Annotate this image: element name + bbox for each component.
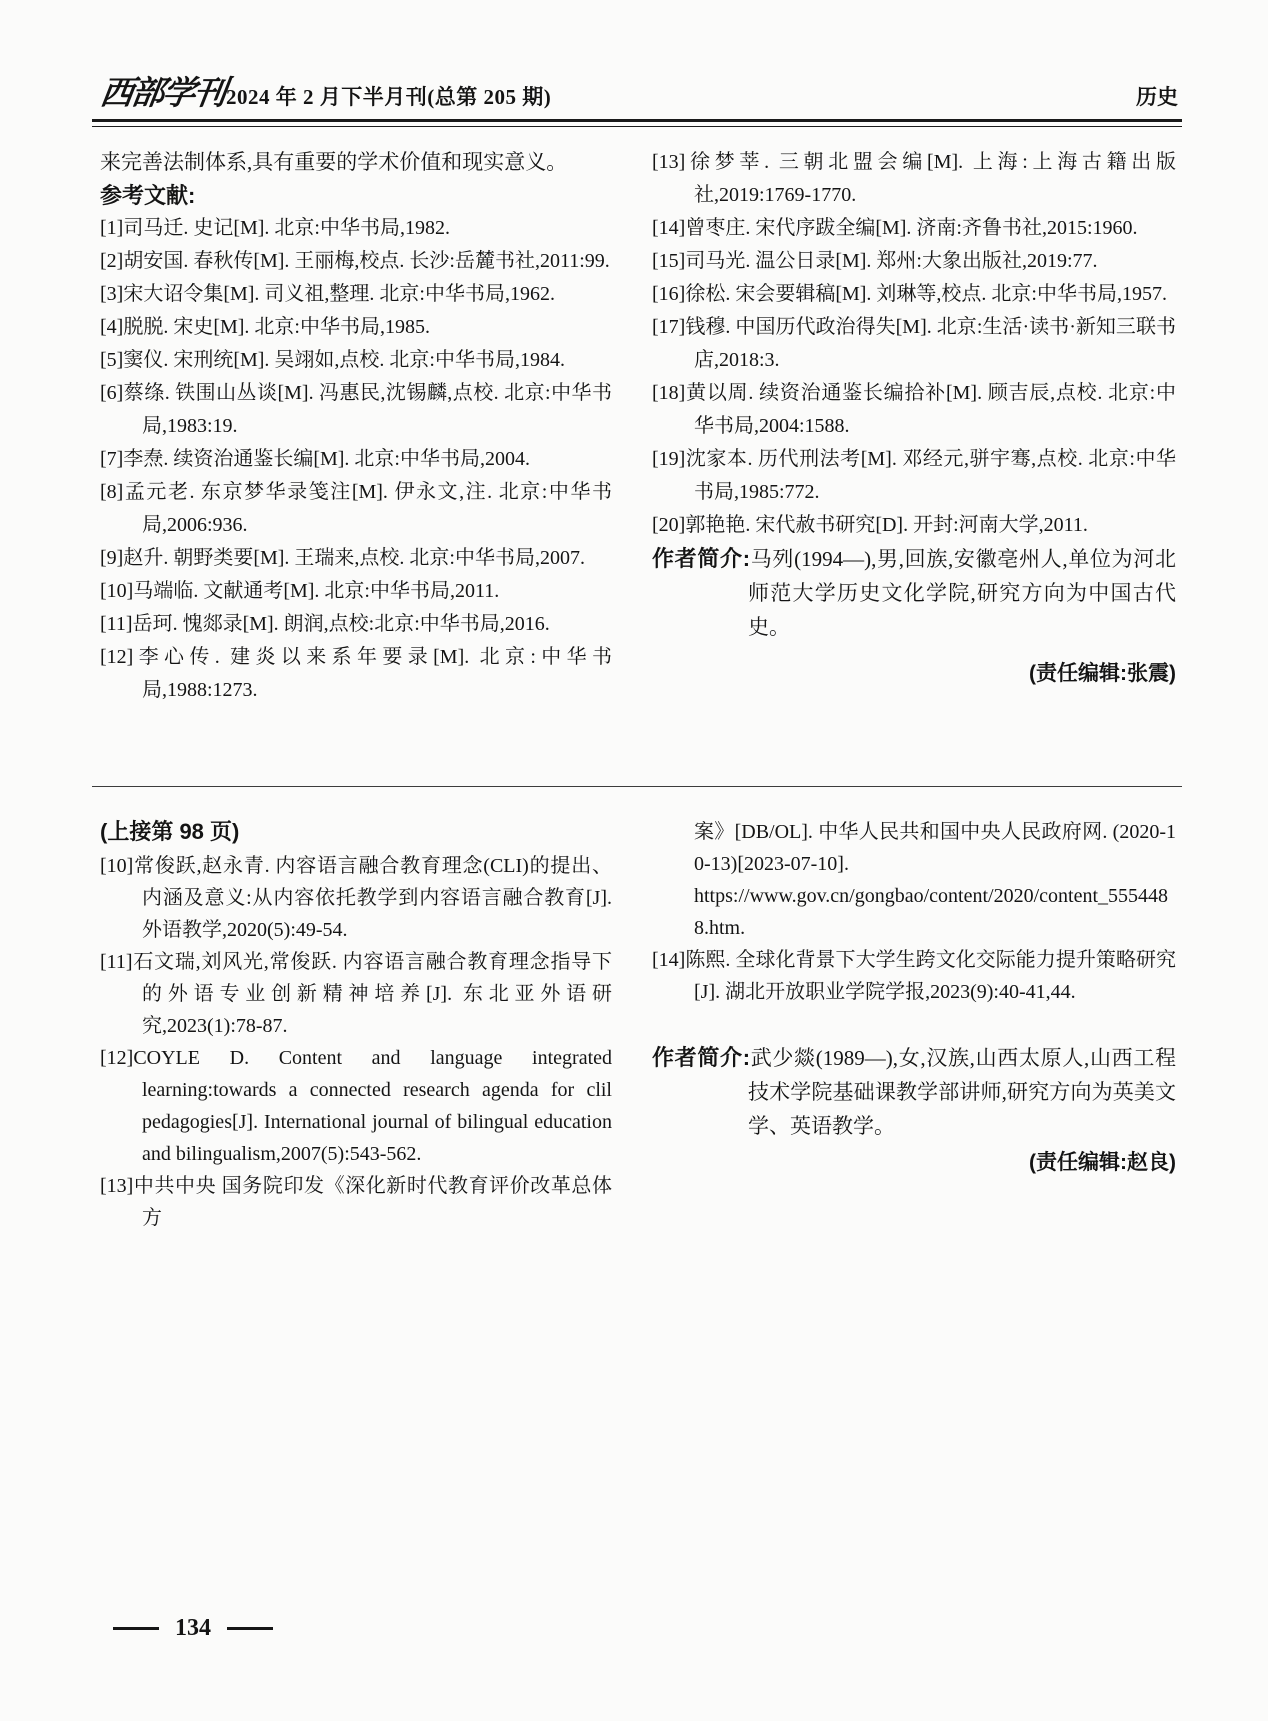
section-divider — [92, 786, 1182, 787]
references-list-left-2: [10]常俊跃,赵永青. 内容语言融合教育理念(CLI)的提出、内涵及意义:从内… — [100, 850, 612, 1234]
reference-item: [15]司马光. 温公日录[M]. 郑州:大象出版社,2019:77. — [652, 245, 1176, 278]
reference-item: [14]曾枣庄. 宋代序跋全编[M]. 济南:齐鲁书社,2015:1960. — [652, 212, 1176, 245]
editor-note: (责任编辑:张震) — [652, 657, 1176, 690]
references-list-right: [13]徐梦莘. 三朝北盟会编[M]. 上海:上海古籍出版社,2019:1769… — [652, 146, 1176, 542]
reference-item: [10]马端临. 文献通考[M]. 北京:中华书局,2011. — [100, 575, 612, 608]
reference-item: [1]司马迁. 史记[M]. 北京:中华书局,1982. — [100, 212, 612, 245]
author-bio: 作者简介:马列(1994—),男,回族,安徽亳州人,单位为河北师范大学历史文化学… — [652, 542, 1176, 644]
section2-right-column: 案》[DB/OL]. 中华人民共和国中央人民政府网. (2020-10-13)[… — [652, 816, 1176, 1179]
reference-item: [20]郭艳艳. 宋代赦书研究[D]. 开封:河南大学,2011. — [652, 509, 1176, 542]
references-list-right-2: [14]陈熙. 全球化背景下大学生跨文化交际能力提升策略研究[J]. 湖北开放职… — [652, 944, 1176, 1008]
journal-logo: 西部学刊 — [98, 78, 227, 111]
reference-item: [12]COYLE D. Content and language integr… — [100, 1042, 612, 1170]
reference-item: [18]黄以周. 续资治通鉴长编拾补[M]. 顾吉辰,点校. 北京:中华书局,2… — [652, 377, 1176, 443]
reference-item: [10]常俊跃,赵永青. 内容语言融合教育理念(CLI)的提出、内涵及意义:从内… — [100, 850, 612, 946]
editor-note: (责任编辑:赵良) — [652, 1147, 1176, 1179]
reference-item: [13]中共中央 国务院印发《深化新时代教育评价改革总体方 — [100, 1170, 612, 1234]
footer-dash-right — [227, 1627, 273, 1630]
reference-item: [11]石文瑞,刘风光,常俊跃. 内容语言融合教育理念指导下的外语专业创新精神培… — [100, 946, 612, 1042]
continued-from-heading: (上接第 98 页) — [100, 816, 612, 848]
reference-item: [14]陈熙. 全球化背景下大学生跨文化交际能力提升策略研究[J]. 湖北开放职… — [652, 944, 1176, 1008]
page-header: 西部学刊 2024 年 2 月下半月刊(总第 205 期) 历史 — [98, 78, 1178, 114]
references-heading: 参考文献: — [100, 179, 612, 212]
reference-item: [6]蔡绦. 铁围山丛谈[M]. 冯惠民,沈锡麟,点校. 北京:中华书局,198… — [100, 377, 612, 443]
page-category-label: 历史 — [1136, 81, 1178, 111]
reference-item: [16]徐松. 宋会要辑稿[M]. 刘琳等,校点. 北京:中华书局,1957. — [652, 278, 1176, 311]
reference-continuation: https://www.gov.cn/gongbao/content/2020/… — [652, 880, 1176, 944]
reference-item: [11]岳珂. 愧郯录[M]. 朗润,点校:北京:中华书局,2016. — [100, 608, 612, 641]
reference-item: [17]钱穆. 中国历代政治得失[M]. 北京:生活·读书·新知三联书店,201… — [652, 311, 1176, 377]
reference-item: [2]胡安国. 春秋传[M]. 王丽梅,校点. 长沙:岳麓书社,2011:99. — [100, 245, 612, 278]
header-rule — [92, 119, 1182, 127]
references-list-left: [1]司马迁. 史记[M]. 北京:中华书局,1982.[2]胡安国. 春秋传[… — [100, 212, 612, 707]
reference-item: [5]窦仪. 宋刑统[M]. 吴翊如,点校. 北京:中华书局,1984. — [100, 344, 612, 377]
section2-left-column: (上接第 98 页) [10]常俊跃,赵永青. 内容语言融合教育理念(CLI)的… — [100, 816, 612, 1234]
author-bio: 作者简介:武少燚(1989—),女,汉族,山西太原人,山西工程技术学院基础课教学… — [652, 1041, 1176, 1143]
author-bio-label: 作者简介: — [652, 1045, 750, 1070]
journal-issue-info: 2024 年 2 月下半月刊(总第 205 期) — [226, 81, 551, 111]
page-footer: 134 — [113, 1616, 273, 1640]
section1-right-column: [13]徐梦莘. 三朝北盟会编[M]. 上海:上海古籍出版社,2019:1769… — [652, 146, 1176, 690]
reference-continuation: 案》[DB/OL]. 中华人民共和国中央人民政府网. (2020-10-13)[… — [652, 816, 1176, 880]
reference-item: [7]李焘. 续资治通鉴长编[M]. 北京:中华书局,2004. — [100, 443, 612, 476]
article-closing-line: 来完善法制体系,具有重要的学术价值和现实意义。 — [100, 146, 612, 179]
reference-item: [12]李心传. 建炎以来系年要录[M]. 北京:中华书局,1988:1273. — [100, 641, 612, 707]
author-bio-label: 作者简介: — [652, 546, 750, 571]
author-bio-text: 武少燚(1989—),女,汉族,山西太原人,山西工程技术学院基础课教学部讲师,研… — [748, 1046, 1176, 1138]
reference-item: [3]宋大诏令集[M]. 司义祖,整理. 北京:中华书局,1962. — [100, 278, 612, 311]
author-bio-text: 马列(1994—),男,回族,安徽亳州人,单位为河北师范大学历史文化学院,研究方… — [748, 547, 1176, 639]
reference-item: [8]孟元老. 东京梦华录笺注[M]. 伊永文,注. 北京:中华书局,2006:… — [100, 476, 612, 542]
section1-left-column: 来完善法制体系,具有重要的学术价值和现实意义。 参考文献: [1]司马迁. 史记… — [100, 146, 612, 707]
page-number: 134 — [175, 1616, 211, 1640]
reference-item: [4]脱脱. 宋史[M]. 北京:中华书局,1985. — [100, 311, 612, 344]
footer-dash-left — [113, 1627, 159, 1630]
reference-continuation-lines: 案》[DB/OL]. 中华人民共和国中央人民政府网. (2020-10-13)[… — [652, 816, 1176, 944]
reference-item: [13]徐梦莘. 三朝北盟会编[M]. 上海:上海古籍出版社,2019:1769… — [652, 146, 1176, 212]
reference-item: [19]沈家本. 历代刑法考[M]. 邓经元,骈宇骞,点校. 北京:中华书局,1… — [652, 443, 1176, 509]
reference-item: [9]赵升. 朝野类要[M]. 王瑞来,点校. 北京:中华书局,2007. — [100, 542, 612, 575]
